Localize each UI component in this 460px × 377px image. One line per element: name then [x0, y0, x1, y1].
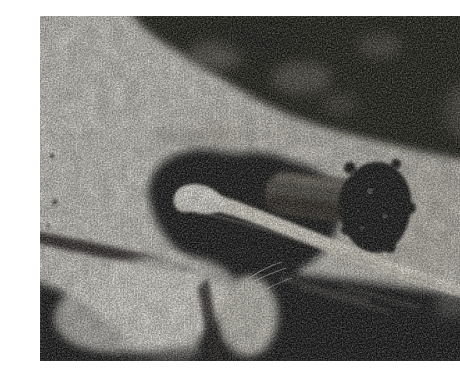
- halftone-grain-light: [40, 16, 460, 361]
- photograph: Grainy black-and-white clinical photogra…: [40, 16, 460, 361]
- photograph-canvas: [40, 16, 460, 361]
